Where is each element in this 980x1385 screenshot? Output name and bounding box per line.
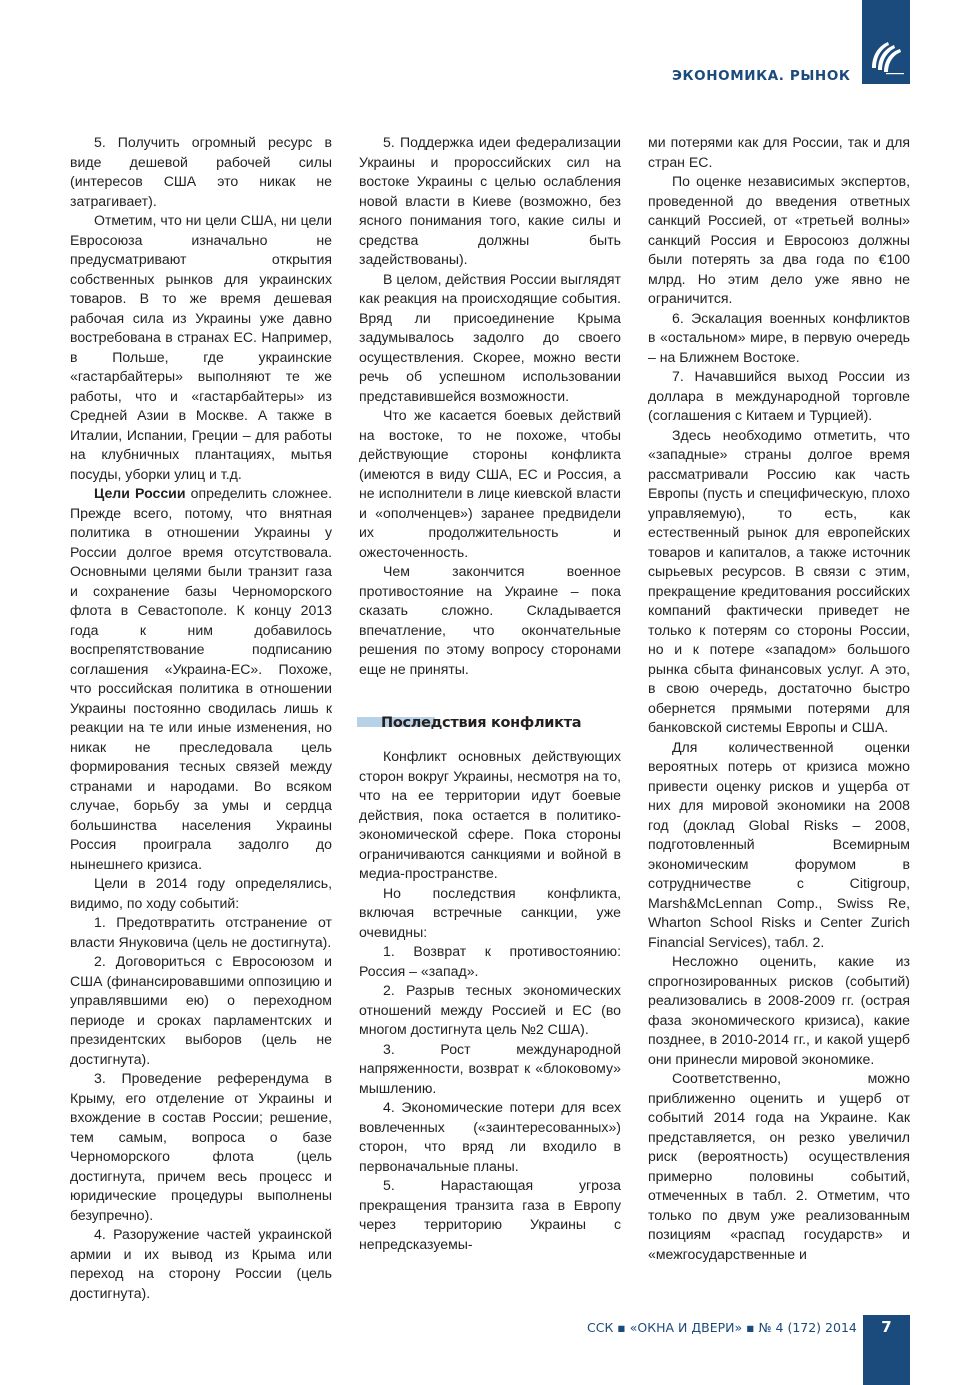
list-item: 1. Предотвратить отстранение от власти Я… (70, 913, 332, 952)
paragraph: Цели России определить сложнее. Прежде в… (70, 484, 332, 874)
list-item: 2. Договориться с Евросоюзом и США (фина… (70, 952, 332, 1069)
subheading: Последствия конфликта (359, 717, 621, 735)
page-number-tab: 7 (863, 1315, 910, 1385)
list-item: 5. Нарастающая угроза прекращения транзи… (359, 1176, 621, 1254)
column-2: 5. Поддержка идеи федерализации Украины … (359, 133, 621, 1254)
list-item: 6. Эскалация военных конфликтов в «остал… (648, 309, 910, 368)
paragraph: 5. Получить огромный ресурс в виде дешев… (70, 133, 332, 211)
list-item: 1. Возврат к противостоянию: Россия – «з… (359, 942, 621, 981)
paragraph: Отметим, что ни цели США, ни цели Евросо… (70, 211, 332, 484)
paragraph: Конфликт основных действующих сторон вок… (359, 747, 621, 884)
column-1: 5. Получить огромный ресурс в виде дешев… (70, 133, 332, 1303)
list-item: 5. Поддержка идеи федерализации Украины … (359, 133, 621, 270)
footer-publication: ССК ▪ «ОКНА И ДВЕРИ» ▪ № 4 (172) 2014 (587, 1320, 857, 1335)
paragraph: Здесь необходимо отметить, что «западные… (648, 426, 910, 738)
subheading-text: Последствия конфликта (381, 714, 581, 734)
paragraph: Соответственно, можно приближенно оценит… (648, 1069, 910, 1264)
paragraph: Что же касается боевых действий на восто… (359, 406, 621, 562)
paragraph: Цели в 2014 году определялись, видимо, п… (70, 874, 332, 913)
section-title: ЭКОНОМИКА. РЫНОК (672, 68, 851, 84)
paragraph: Чем закончится военное противостояние на… (359, 562, 621, 679)
list-item: 2. Разрыв тесных экономических отношений… (359, 981, 621, 1040)
publisher-logo-icon (868, 36, 906, 76)
bold-lead: Цели России (94, 485, 186, 501)
list-item: 7. Начавшийся выход России из доллара в … (648, 367, 910, 426)
list-item: 4. Экономические потери для всех вовлече… (359, 1098, 621, 1176)
paragraph: Для количественной оценки вероятных поте… (648, 738, 910, 953)
page-number: 7 (863, 1318, 910, 1336)
logo-tab (862, 0, 910, 84)
list-item: 3. Рост международной напряженности, воз… (359, 1040, 621, 1099)
paragraph: Но последствия конфликта, включая встреч… (359, 884, 621, 943)
list-item: 4. Разоружение частей украинской армии и… (70, 1225, 332, 1303)
column-3: ми потерями как для России, так и для ст… (648, 133, 910, 1264)
paragraph: В целом, действия России выглядят как ре… (359, 270, 621, 407)
paragraph-text: определить сложнее. Прежде всего, потому… (70, 485, 332, 872)
list-item: 3. Проведение референдума в Крыму, его о… (70, 1069, 332, 1225)
paragraph: По оценке независимых экспертов, проведе… (648, 172, 910, 309)
paragraph: Несложно оценить, какие из спрогнозирова… (648, 952, 910, 1069)
paragraph-continuation: ми потерями как для России, так и для ст… (648, 133, 910, 172)
